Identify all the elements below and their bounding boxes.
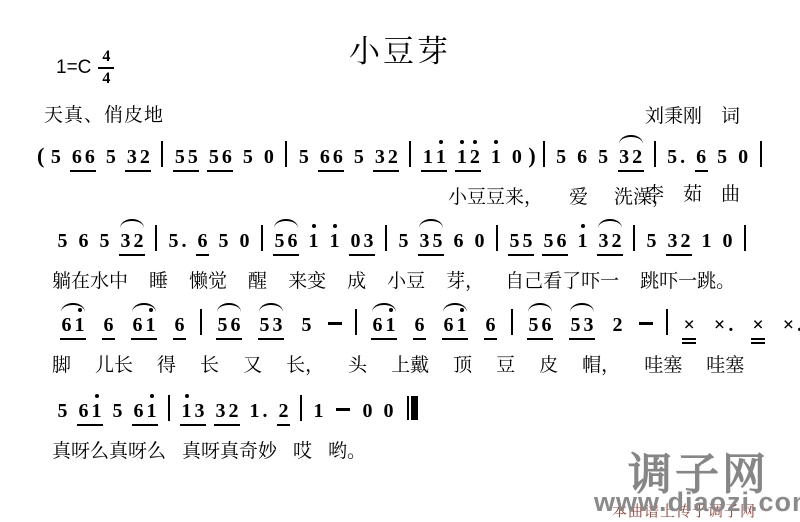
note: × xyxy=(783,315,794,335)
note-group: 6 xyxy=(102,315,115,340)
note-group: 61 xyxy=(131,315,157,340)
dash-note xyxy=(336,408,350,411)
note: 0 xyxy=(475,231,485,251)
note: 5 xyxy=(51,147,61,167)
note-group: 66 xyxy=(70,147,96,172)
time-signature-denominator: 4 xyxy=(98,69,114,88)
note: 6 xyxy=(454,231,464,251)
note-group: 6 xyxy=(77,231,90,251)
note-group: 0 xyxy=(510,147,523,167)
note: 1 xyxy=(578,231,588,251)
note: 1 xyxy=(457,147,467,167)
note: 6 xyxy=(79,401,89,421)
note: 5 xyxy=(175,147,185,167)
note: 5 xyxy=(188,147,198,167)
note-group: 35 xyxy=(418,231,444,256)
note: 1 xyxy=(182,401,192,421)
note: 3 xyxy=(195,401,205,421)
lyric-segment: 懒觉 xyxy=(189,266,227,293)
lyric-segment: 得 xyxy=(157,350,176,377)
note-group: 53 xyxy=(569,315,595,340)
note-group: 56 xyxy=(542,231,568,256)
lyric-segment: 儿长 xyxy=(95,350,133,377)
barline xyxy=(760,141,762,167)
note: × xyxy=(684,315,695,335)
note: 6 xyxy=(696,147,706,167)
note-group: 61 xyxy=(371,315,397,340)
note-group: 2 xyxy=(277,401,290,426)
note: 5 xyxy=(647,231,657,251)
note-group: 5 xyxy=(352,147,365,167)
barline xyxy=(168,395,170,421)
note: 6 xyxy=(134,401,144,421)
note: 1 xyxy=(423,147,433,167)
notation-line-2: 565325.65056110353560555613253210 xyxy=(52,208,752,257)
note: 6 xyxy=(231,315,241,335)
note-group: 0 xyxy=(238,231,251,251)
note-group: 5 xyxy=(716,147,729,167)
note: 1 xyxy=(386,315,396,335)
note-group: ×. xyxy=(781,315,800,335)
note: 6 xyxy=(288,231,298,251)
note-group: 6 xyxy=(452,231,465,251)
note: 5 xyxy=(510,231,520,251)
note-group: 5 xyxy=(397,231,410,251)
note: 5 xyxy=(58,231,68,251)
note: . xyxy=(728,315,733,335)
barline xyxy=(666,309,668,335)
note-group: 61 xyxy=(442,315,468,340)
note-group: 61 xyxy=(60,315,86,340)
score-line-1: (566532555650566532111210)565325.650 小豆豆… xyxy=(36,124,768,209)
lyric-segment: 小豆 xyxy=(387,266,425,293)
note: 6 xyxy=(486,315,496,335)
note: 0 xyxy=(240,231,250,251)
note: × xyxy=(714,315,725,335)
note-group: 32 xyxy=(597,231,623,256)
lyric-segment: 顶 xyxy=(453,350,472,377)
note: 6 xyxy=(415,315,425,335)
note-group: 0 xyxy=(361,401,374,421)
score-line-2: 565325.65056110353560555613253210 躺在水中睡懒… xyxy=(52,208,752,293)
lyric-segment: 爱 xyxy=(569,182,588,209)
note: 1 xyxy=(92,401,102,421)
note-group: 0 xyxy=(262,147,275,167)
barline xyxy=(200,309,202,335)
note: 3 xyxy=(121,231,131,251)
note: 3 xyxy=(599,231,609,251)
note: 5 xyxy=(219,231,229,251)
note-group: 1 xyxy=(307,231,320,251)
notation-line-3: 6166165653561661656532××.××. xyxy=(52,292,800,341)
score-line-3: 6166165653561661656532××.××. 脚儿长得长又长，头上戴… xyxy=(52,292,800,377)
note: 3 xyxy=(668,231,678,251)
note-group: × xyxy=(682,315,696,340)
barline xyxy=(161,141,163,167)
note: 2 xyxy=(134,231,144,251)
note: 0 xyxy=(738,147,748,167)
note: 6 xyxy=(198,231,208,251)
note: 5 xyxy=(529,315,539,335)
note-group: 56 xyxy=(207,147,233,172)
barline xyxy=(633,225,635,251)
note-group: 0 xyxy=(721,231,734,251)
note: 1 xyxy=(702,231,712,251)
note-group: 0 xyxy=(382,401,395,421)
barline xyxy=(300,395,302,421)
note-group: 55 xyxy=(508,231,534,256)
note: 5 xyxy=(169,231,179,251)
lyric-segment: 真呀么真呀么 xyxy=(52,436,166,463)
note-group: 32 xyxy=(125,147,151,172)
note: 1 xyxy=(457,315,467,335)
note: 1 xyxy=(147,401,157,421)
note: 5 xyxy=(260,315,270,335)
note: 6 xyxy=(222,147,232,167)
note-group: 5. xyxy=(167,231,188,251)
lyric-segment: 脚 xyxy=(52,350,71,377)
barline xyxy=(285,141,287,167)
lyric-segment: 上戴 xyxy=(391,350,429,377)
note: 5 xyxy=(218,315,228,335)
note: 6 xyxy=(320,147,330,167)
note: 0 xyxy=(363,401,373,421)
note: 6 xyxy=(62,315,72,335)
lyric-segment: 自己看了吓一 xyxy=(505,266,619,293)
note: 6 xyxy=(175,315,185,335)
note: 6 xyxy=(373,315,383,335)
note: 5 xyxy=(399,231,409,251)
lyric-segment: 躺在水中 xyxy=(52,266,128,293)
note: 6 xyxy=(104,315,114,335)
note-group: 5 xyxy=(555,147,568,167)
note-group: 1. xyxy=(248,401,269,421)
note-group: 12 xyxy=(455,147,481,172)
note-group: 32 xyxy=(666,231,692,256)
lyric-segment: 头 xyxy=(348,350,367,377)
note-group: 11 xyxy=(421,147,447,172)
parenthesis: ( xyxy=(37,143,44,169)
note: 5 xyxy=(299,147,309,167)
barline xyxy=(543,141,545,167)
note: 5 xyxy=(354,147,364,167)
note-group: 13 xyxy=(180,401,206,426)
note: 2 xyxy=(632,147,642,167)
dash-note xyxy=(639,322,653,325)
lyric-segment: 小豆豆来， xyxy=(448,182,543,209)
note-group: 1 xyxy=(312,401,325,421)
barline xyxy=(409,141,411,167)
tempo-marking: 天真、俏皮地 xyxy=(44,100,164,127)
note: 5 xyxy=(58,401,68,421)
note: 2 xyxy=(229,401,239,421)
note: 1 xyxy=(146,315,156,335)
note-group: 5 xyxy=(104,147,117,167)
note-group: 6 xyxy=(173,315,186,340)
note-group: 5 xyxy=(49,147,62,167)
note: 3 xyxy=(619,147,629,167)
note-group: 56 xyxy=(216,315,242,340)
note: 5 xyxy=(598,147,608,167)
lyric-segment: 长 xyxy=(200,350,219,377)
note: 5 xyxy=(302,315,312,335)
note-group: 32 xyxy=(618,147,644,172)
note: 2 xyxy=(612,231,622,251)
lyric-segment: 洗澡， xyxy=(614,182,671,209)
note: 3 xyxy=(420,231,430,251)
note-group: 55 xyxy=(173,147,199,172)
note: 6 xyxy=(85,147,95,167)
note: 1 xyxy=(250,401,260,421)
note-group: 1 xyxy=(700,231,713,251)
note: 1 xyxy=(309,231,319,251)
note-group: 32 xyxy=(373,147,399,172)
note: 0 xyxy=(512,147,522,167)
lyric-segment: 哎 xyxy=(293,436,312,463)
note-group: 5 xyxy=(241,147,254,167)
note: 0 xyxy=(384,401,394,421)
note: 3 xyxy=(364,231,374,251)
barline xyxy=(511,309,513,335)
lyric-segment: 成 xyxy=(347,266,366,293)
note: . xyxy=(680,147,685,167)
note: . xyxy=(182,231,187,251)
note-group: 66 xyxy=(318,147,344,172)
note: 5 xyxy=(275,231,285,251)
watermark-site-url: www.diaozi.com xyxy=(594,487,800,518)
note: 3 xyxy=(127,147,137,167)
note-group: 5. xyxy=(666,147,687,167)
barline xyxy=(155,225,157,251)
note: 3 xyxy=(273,315,283,335)
lyric-segment: 长， xyxy=(286,350,324,377)
note: 2 xyxy=(279,401,289,421)
lyrics-line-1: 小豆豆来，爱洗澡， xyxy=(36,182,768,209)
lyric-segment: 真呀真奇妙 xyxy=(182,436,277,463)
score-line-4: 56156113321.2100 真呀么真呀么真呀真奇妙哎哟。 xyxy=(52,378,418,463)
barline xyxy=(654,141,656,167)
note: 6 xyxy=(79,231,89,251)
note-group: 5 xyxy=(297,147,310,167)
note-group: 61 xyxy=(132,401,158,426)
note: 3 xyxy=(584,315,594,335)
lyric-segment: 哟。 xyxy=(328,436,366,463)
barline xyxy=(355,309,357,335)
lyric-segment: 睡 xyxy=(149,266,168,293)
lyric-segment: 帽， xyxy=(582,350,620,377)
barline xyxy=(496,225,498,251)
lyric-segment: 豆 xyxy=(496,350,515,377)
barline xyxy=(261,225,263,251)
note: 6 xyxy=(444,315,454,335)
sheet-music-page: 1=C 4 4 天真、俏皮地 小豆芽 刘秉刚 词 李 茹 曲 (56653255… xyxy=(0,0,800,522)
note: 1 xyxy=(314,401,324,421)
note: 2 xyxy=(140,147,150,167)
note-group: 1 xyxy=(489,147,502,167)
note-group: 56 xyxy=(527,315,553,340)
barline xyxy=(385,225,387,251)
note-group: 1 xyxy=(576,231,589,251)
note: 6 xyxy=(577,147,587,167)
note-group: 1 xyxy=(328,231,341,251)
note: 5 xyxy=(717,147,727,167)
note: 6 xyxy=(557,231,567,251)
note-group: 5 xyxy=(98,231,111,251)
note-group: 56 xyxy=(273,231,299,256)
dash-note xyxy=(328,322,342,325)
lyric-segment: 来变 xyxy=(288,266,326,293)
note: 5 xyxy=(106,147,116,167)
lyric-segment: 皮 xyxy=(539,350,558,377)
note: 0 xyxy=(723,231,733,251)
note-group: 5 xyxy=(56,231,69,251)
note-group: 5 xyxy=(645,231,658,251)
note-group: 0 xyxy=(737,147,750,167)
note: . xyxy=(263,401,268,421)
lyric-segment: 芽， xyxy=(446,266,484,293)
note-group: 6 xyxy=(413,315,426,340)
note-group: 5 xyxy=(56,401,69,421)
note: × xyxy=(752,315,763,335)
note-group: 2 xyxy=(611,315,624,335)
note: 6 xyxy=(542,315,552,335)
note: 5 xyxy=(523,231,533,251)
note: 2 xyxy=(613,315,623,335)
note: 2 xyxy=(681,231,691,251)
notation-line-1: (566532555650566532111210)565325.650 xyxy=(36,124,768,173)
note: 6 xyxy=(72,147,82,167)
note-group: 6 xyxy=(695,147,708,172)
note: 1 xyxy=(436,147,446,167)
note: 5 xyxy=(556,147,566,167)
note-group: 03 xyxy=(349,231,375,256)
note: 6 xyxy=(333,147,343,167)
note: 3 xyxy=(375,147,385,167)
note-group: 53 xyxy=(258,315,284,340)
lyric-segment: 又 xyxy=(243,350,262,377)
note-group: 32 xyxy=(119,231,145,256)
note: 5 xyxy=(100,231,110,251)
note-group: 5 xyxy=(217,231,230,251)
note-group: 6 xyxy=(196,231,209,256)
note: 2 xyxy=(388,147,398,167)
note-group: 5 xyxy=(111,401,124,421)
note-group: 5 xyxy=(597,147,610,167)
lyric-segment: 哇塞 xyxy=(644,350,682,377)
lyrics-line-3: 脚儿长得长又长，头上戴顶豆皮帽，哇塞哇塞 xyxy=(52,350,800,377)
note: 5 xyxy=(571,315,581,335)
note: 1 xyxy=(330,231,340,251)
note: 5 xyxy=(209,147,219,167)
lyrics-line-2: 躺在水中睡懒觉醒来变成小豆芽，自己看了吓一跳吓一跳。 xyxy=(52,266,752,293)
note-group: × xyxy=(751,315,765,340)
lyric-segment: 醒 xyxy=(248,266,267,293)
note: 5 xyxy=(113,401,123,421)
lyric-segment: 哇塞 xyxy=(706,350,744,377)
lyric-segment: 跳吓一跳。 xyxy=(640,266,735,293)
final-barline xyxy=(407,396,418,420)
note: 5 xyxy=(243,147,253,167)
note-group: 32 xyxy=(214,401,240,426)
note: 2 xyxy=(470,147,480,167)
note-group: ×. xyxy=(712,315,734,335)
note-group: 6 xyxy=(576,147,589,167)
note-group: 6 xyxy=(484,315,497,340)
barline xyxy=(744,225,746,251)
note: 1 xyxy=(75,315,85,335)
note: 5 xyxy=(667,147,677,167)
note: 3 xyxy=(216,401,226,421)
note-group: 61 xyxy=(77,401,103,426)
note: 0 xyxy=(264,147,274,167)
note: 5 xyxy=(544,231,554,251)
note: 0 xyxy=(351,231,361,251)
parenthesis: ) xyxy=(528,143,535,169)
note-group: 0 xyxy=(473,231,486,251)
lyrics-line-4: 真呀么真呀么真呀真奇妙哎哟。 xyxy=(52,436,418,463)
note: 1 xyxy=(491,147,501,167)
notation-line-4: 56156113321.2100 xyxy=(52,378,418,427)
note-group: 5 xyxy=(300,315,313,335)
note: 6 xyxy=(133,315,143,335)
note: 5 xyxy=(433,231,443,251)
